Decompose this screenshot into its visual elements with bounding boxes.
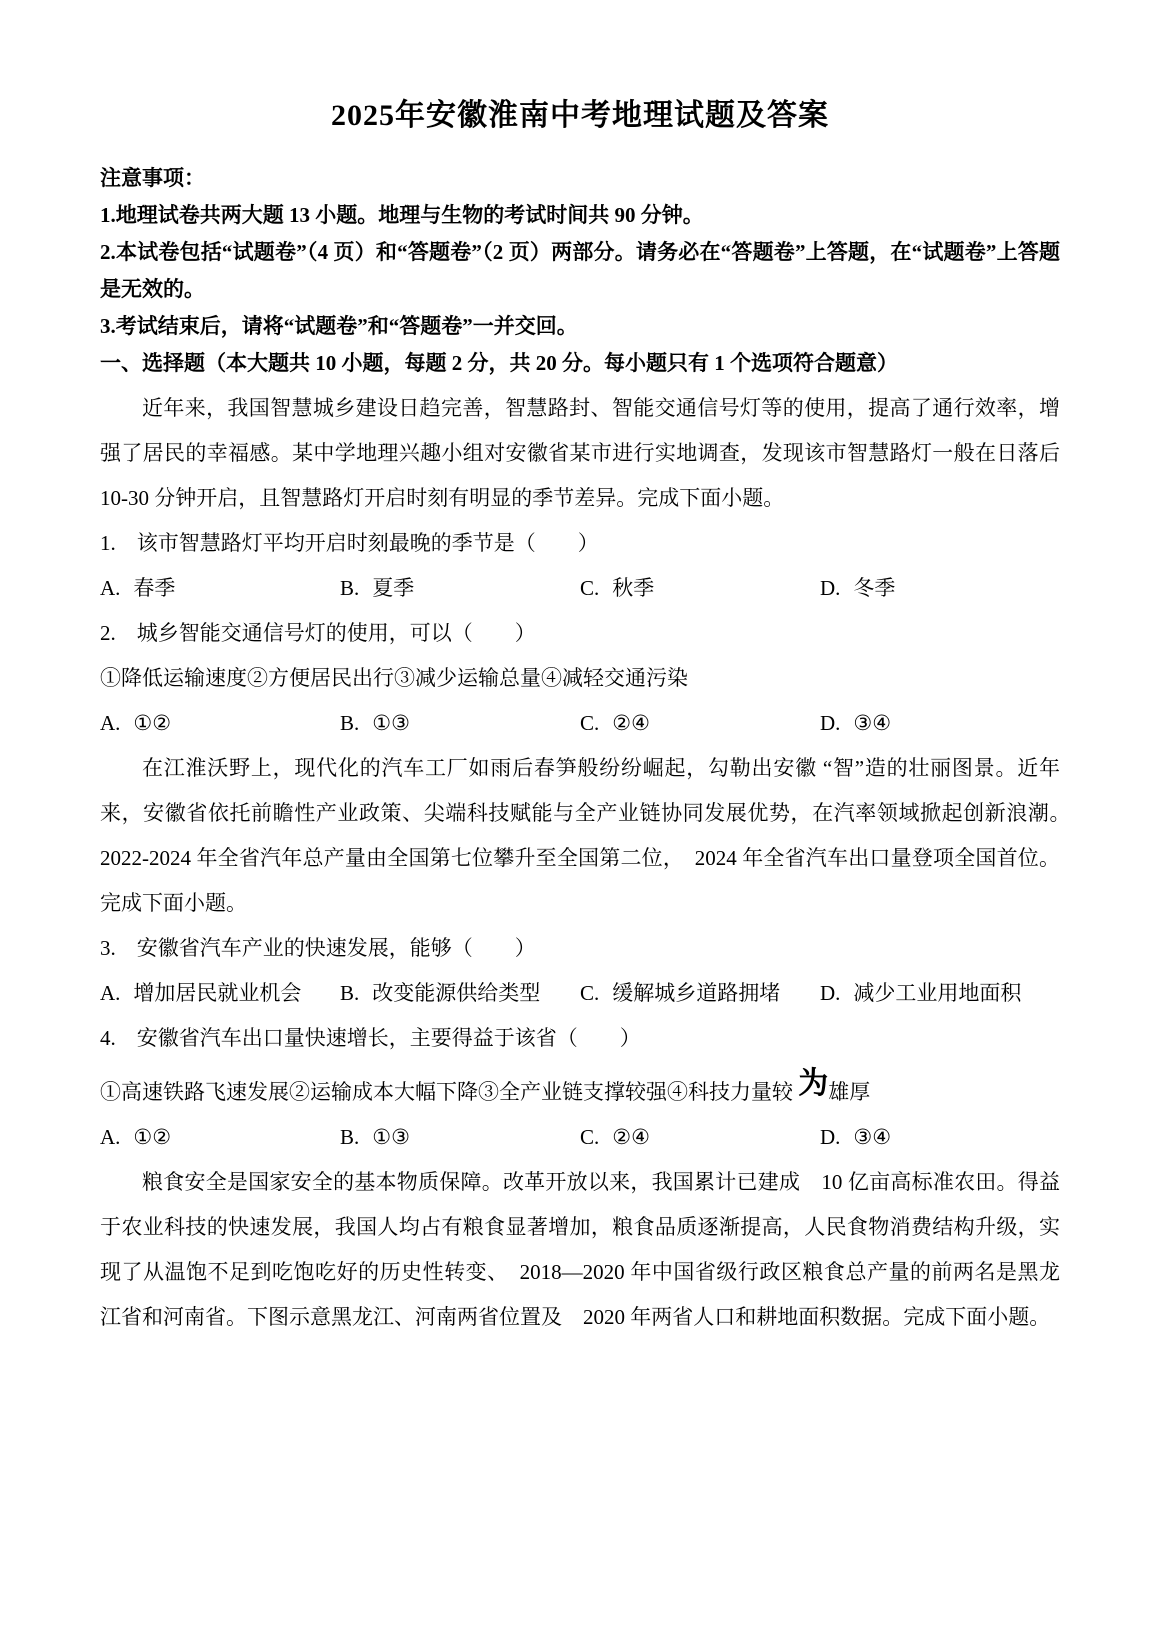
notice-item-1: 1.地理试卷共两大题 13 小题。地理与生物的考试时间共 90 分钟。 [100,197,1060,234]
q3-option-a-label: A. [100,981,120,1005]
notices-heading: 注意事项： [100,160,1060,197]
q4-sub-options-prefix: ①高速铁路飞速发展②运输成本大幅下降③全产业链支撑较强④科技力量较 [100,1080,798,1104]
q1-option-c: C.秋季 [580,566,820,611]
question-4-sub-options: ①高速铁路飞速发展②运输成本大幅下降③全产业链支撑较强④科技力量较 为雄厚 [100,1061,1060,1115]
q4-option-a-label: A. [100,1125,120,1149]
question-4-options: A.①② B.①③ C.②④ D.③④ [100,1115,1060,1160]
q2-option-b: B.①③ [340,701,580,746]
q3-option-b-text: 改变能源供给类型 [372,981,540,1005]
q1-option-d-label: D. [820,576,840,600]
exam-document-page: 2025年安徽淮南中考地理试题及答案 注意事项： 1.地理试卷共两大题 13 小… [0,0,1158,1638]
notices-section: 注意事项： 1.地理试卷共两大题 13 小题。地理与生物的考试时间共 90 分钟… [100,160,1060,345]
notice-item-3: 3.考试结束后，请将“试题卷”和“答题卷”一并交回。 [100,308,1060,345]
q2-option-a-text: ①② [133,711,171,735]
question-1-stem: 1. 该市智慧路灯平均开启时刻最晚的季节是（ ） [100,521,1060,566]
q2-option-c-text: ②④ [612,711,650,735]
section-one-heading: 一、选择题（本大题共 10 小题，每题 2 分，共 20 分。每小题只有 1 个… [100,345,1060,382]
question-1-options: A.春季 B.夏季 C.秋季 D.冬季 [100,566,1060,611]
q3-option-d-text: 减少工业用地面积 [853,981,1021,1005]
notice-item-2: 2.本试卷包括“试题卷”（4 页）和“答题卷”（2 页）两部分。请务必在“答题卷… [100,234,1060,308]
q4-option-b-text: ①③ [372,1125,410,1149]
q2-option-d: D.③④ [820,701,1060,746]
q1-option-a-label: A. [100,576,120,600]
q1-option-d: D.冬季 [820,566,1060,611]
q1-option-d-text: 冬季 [853,576,895,600]
question-2-sub-options: ①降低运输速度②方便居民出行③减少运输总量④减轻交通污染 [100,656,1060,701]
q4-option-b: B.①③ [340,1115,580,1160]
question-3-stem: 3. 安徽省汽车产业的快速发展，能够（ ） [100,926,1060,971]
question-3-options: A.增加居民就业机会 B.改变能源供给类型 C.缓解城乡道路拥堵 D.减少工业用… [100,971,1060,1016]
q2-option-d-label: D. [820,711,840,735]
q4-option-c-label: C. [580,1125,599,1149]
question-2-stem: 2. 城乡智能交通信号灯的使用，可以（ ） [100,611,1060,656]
q4-sub-options-emphasis: 为 [798,1067,828,1100]
page-title: 2025年安徽淮南中考地理试题及答案 [100,98,1060,134]
q2-option-a-label: A. [100,711,120,735]
q1-option-a-text: 春季 [133,576,175,600]
q2-option-b-text: ①③ [372,711,410,735]
q1-option-b: B.夏季 [340,566,580,611]
q1-option-a: A.春季 [100,566,340,611]
q3-option-b: B.改变能源供给类型 [340,971,580,1016]
q4-option-a-text: ①② [133,1125,171,1149]
q2-option-c: C.②④ [580,701,820,746]
q4-option-d-text: ③④ [853,1125,891,1149]
q4-option-c: C.②④ [580,1115,820,1160]
question-4-stem: 4. 安徽省汽车出口量快速增长，主要得益于该省（ ） [100,1016,1060,1061]
q4-option-d-label: D. [820,1125,840,1149]
q2-option-a: A.①② [100,701,340,746]
q1-option-c-label: C. [580,576,599,600]
q3-option-a: A.增加居民就业机会 [100,971,340,1016]
q2-option-b-label: B. [340,711,359,735]
q1-option-b-text: 夏季 [372,576,414,600]
q3-option-d-label: D. [820,981,840,1005]
q3-option-c-text: 缓解城乡道路拥堵 [612,981,780,1005]
q3-option-c-label: C. [580,981,599,1005]
q3-option-a-text: 增加居民就业机会 [133,981,301,1005]
q1-option-b-label: B. [340,576,359,600]
q2-option-c-label: C. [580,711,599,735]
q4-option-d: D.③④ [820,1115,1060,1160]
passage-smart-city: 近年来，我国智慧城乡建设日趋完善，智慧路封、智能交通信号灯等的使用，提高了通行效… [100,386,1060,521]
q3-option-d: D.减少工业用地面积 [820,971,1060,1016]
passage-auto-industry: 在江淮沃野上，现代化的汽车工厂如雨后春笋般纷纷崛起，勾勒出安徽 “智”造的壮丽图… [100,746,1060,926]
q2-option-d-text: ③④ [853,711,891,735]
passage-food-security: 粮食安全是国家安全的基本物质保障。改革开放以来，我国累计已建成 10 亿亩高标准… [100,1160,1060,1340]
q3-option-c: C.缓解城乡道路拥堵 [580,971,820,1016]
q1-option-c-text: 秋季 [612,576,654,600]
q3-option-b-label: B. [340,981,359,1005]
exam-body: 近年来，我国智慧城乡建设日趋完善，智慧路封、智能交通信号灯等的使用，提高了通行效… [100,386,1060,1340]
q4-option-a: A.①② [100,1115,340,1160]
q4-option-c-text: ②④ [612,1125,650,1149]
question-2-options: A.①② B.①③ C.②④ D.③④ [100,701,1060,746]
q4-option-b-label: B. [340,1125,359,1149]
q4-sub-options-suffix: 雄厚 [828,1080,870,1104]
